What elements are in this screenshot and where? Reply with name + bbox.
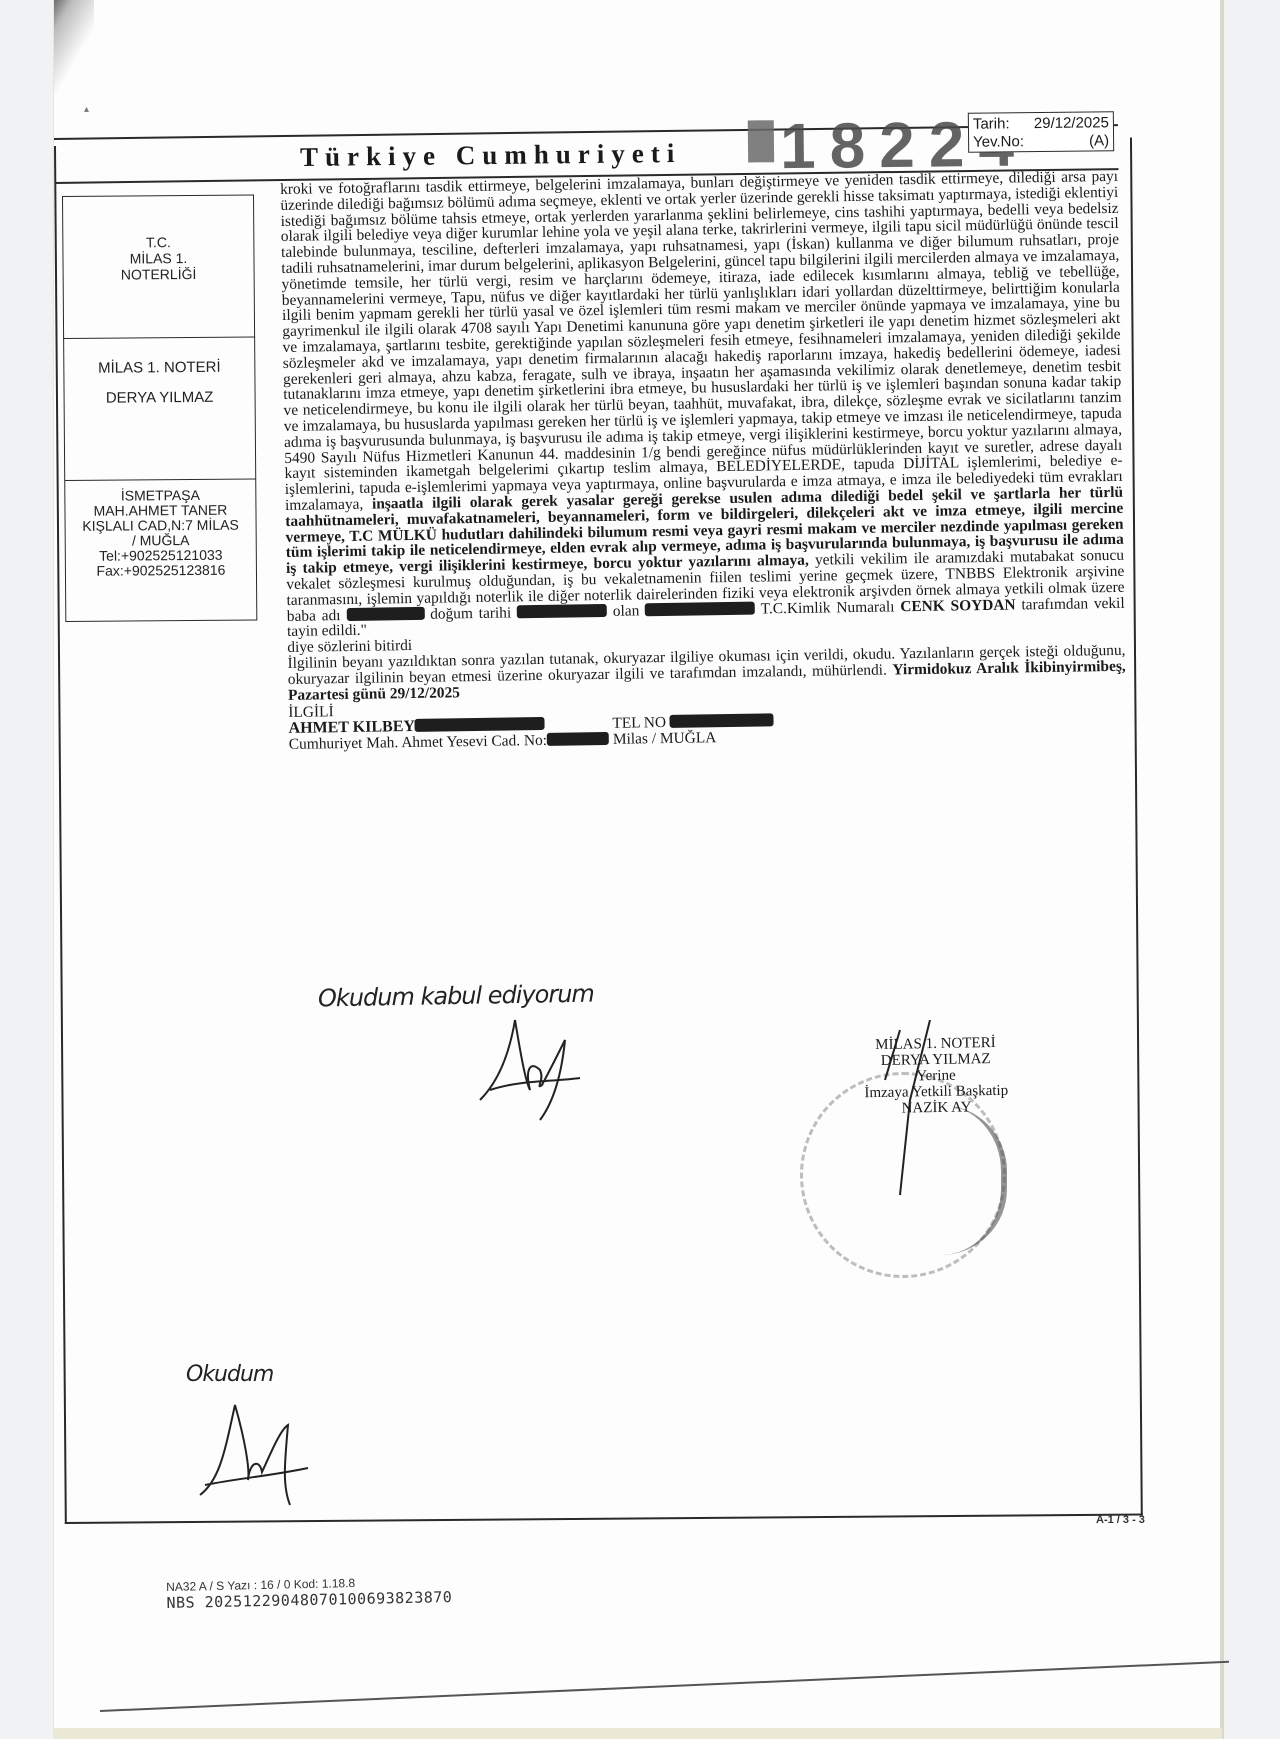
body-text-regular: olan	[613, 602, 640, 619]
fax-number: Fax:+902525123816	[66, 562, 256, 578]
office-box: T.C. MİLAS 1. NOTERLİĞİ	[62, 194, 255, 338]
attorney-name: CENK SOYDAN	[900, 596, 1016, 615]
body-paragraph: kroki ve fotoğraflarını tasdik ettirmeye…	[280, 169, 1125, 640]
body-text-regular: doğum tarihi	[430, 604, 511, 622]
page-code: A-1 / 3 - 3	[1096, 1514, 1145, 1526]
notary-sidebar: T.C. MİLAS 1. NOTERLİĞİ MİLAS 1. NOTERİ …	[62, 194, 257, 621]
address-box: İSMETPAŞA MAH.AHMET TANER KIŞLALI CAD,N:…	[64, 478, 257, 622]
scan-mark: ▴	[84, 104, 89, 115]
date-value: 29/12/2025	[1034, 114, 1109, 133]
party-signature-icon	[470, 1010, 590, 1130]
party-city: Milas / MUĞLA	[613, 729, 717, 748]
body-text-regular: kroki ve fotoğraflarını tasdik ettirmeye…	[280, 168, 1123, 514]
document-footer: NA32 A / S Yazı : 16 / 0 Kod: 1.18.8 NBS…	[166, 1574, 453, 1612]
redacted-phone	[670, 713, 774, 728]
notary-box: MİLAS 1. NOTERİ DERYA YILMAZ	[63, 336, 256, 480]
margin-signature-icon	[190, 1400, 310, 1510]
document-body: kroki ve fotoğraflarını tasdik ettirmeye…	[280, 169, 1127, 753]
notary-name: DERYA YILMAZ	[65, 389, 255, 406]
redacted-id-number	[645, 601, 755, 616]
office-line: MİLAS 1.	[63, 249, 253, 266]
notary-title: MİLAS 1. NOTERİ	[64, 359, 254, 376]
office-line: T.C.	[63, 233, 253, 250]
date-label: Tarih:	[973, 115, 1010, 133]
notary-signature-block: MİLAS 1. NOTERİ DERYA YILMAZ Yerine İmza…	[835, 1034, 1036, 1117]
page-bottom-edge	[54, 1728, 1222, 1739]
handwritten-acceptance-note: Okudum kabul ediyorum	[318, 980, 594, 1013]
redacted-house-number	[547, 732, 609, 746]
redacted-surname	[415, 717, 545, 732]
redacted-birth-date	[517, 603, 607, 617]
office-line: NOTERLİĞİ	[64, 265, 254, 282]
handwritten-margin-note: Okudum	[186, 1362, 273, 1387]
paper-edge	[1220, 0, 1224, 1739]
redacted-father-name	[346, 606, 424, 620]
body-text-regular: T.C.Kimlik Numaralı	[761, 598, 895, 617]
